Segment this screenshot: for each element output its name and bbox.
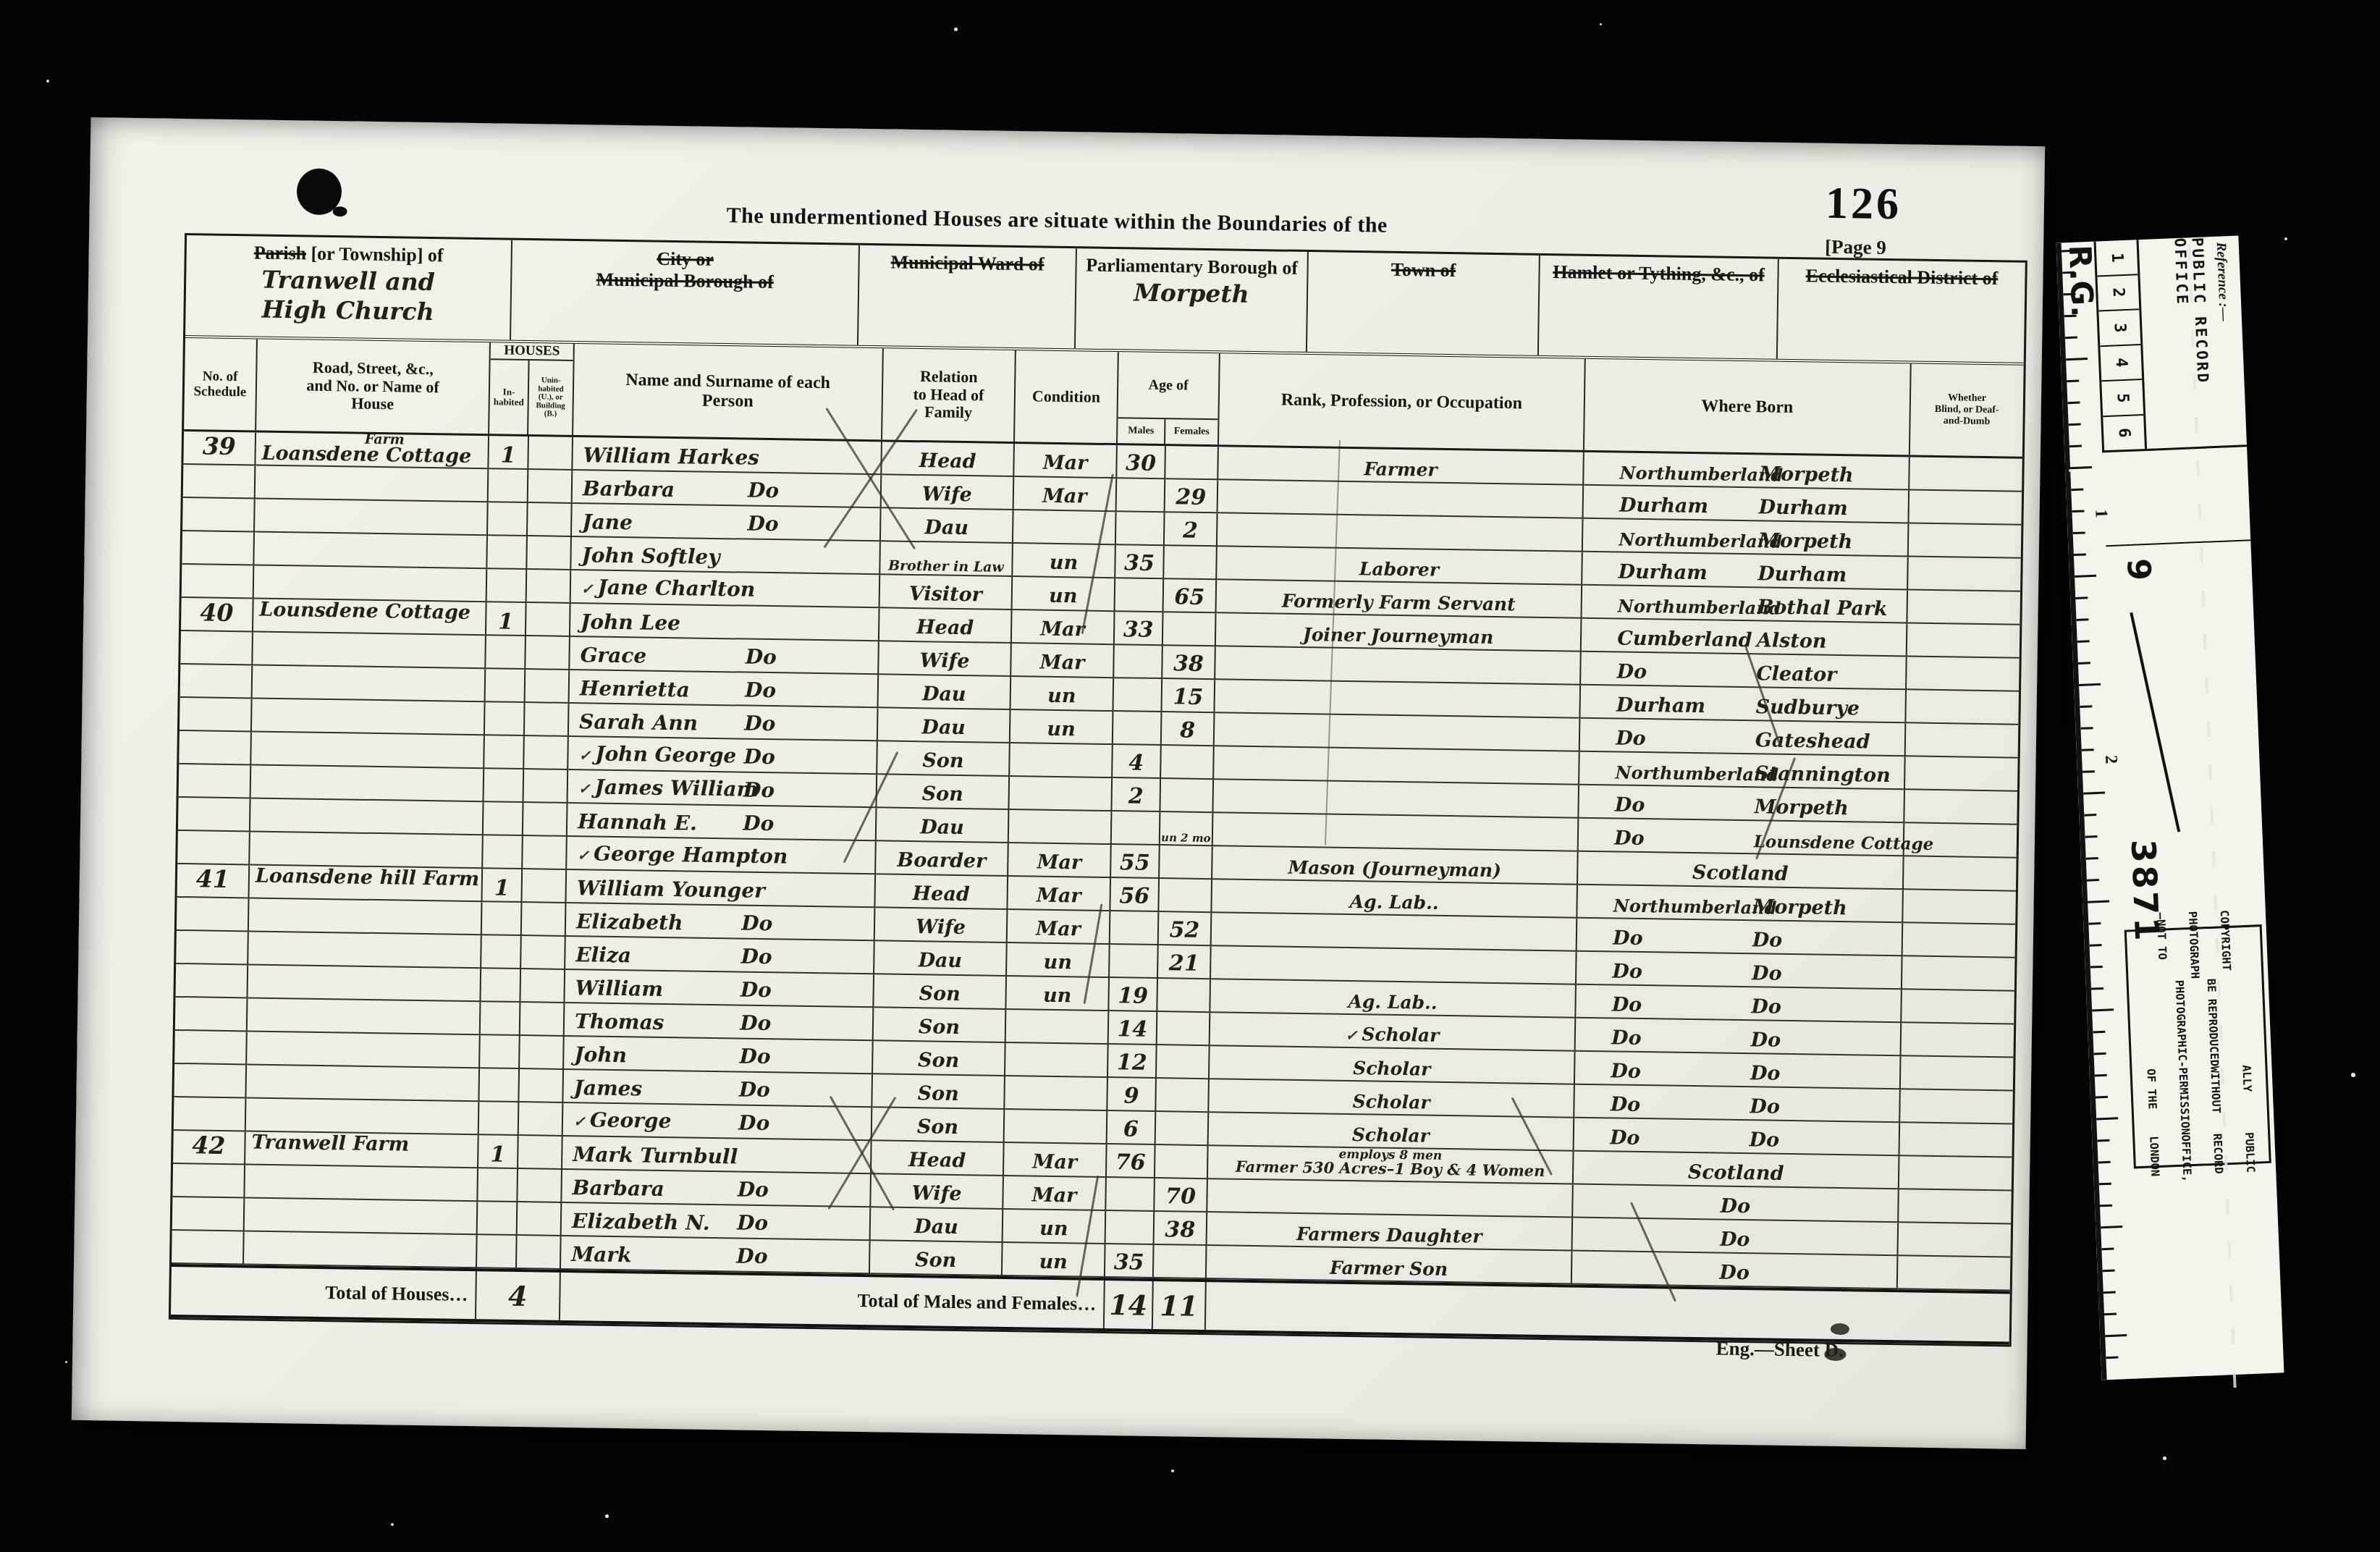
condition-cell: Mar	[1012, 610, 1115, 645]
occupation-cell: Farmer Son	[1207, 1246, 1573, 1284]
schedule-cell: 40	[181, 598, 254, 632]
occupation-cell	[1215, 713, 1581, 751]
condition-value: Mar	[1014, 451, 1115, 475]
uninhabited-cell	[528, 470, 573, 504]
inhabited-cell: 1	[486, 602, 527, 636]
uninhabited-cell	[519, 1102, 564, 1136]
relation-cell: Son	[872, 1108, 1005, 1143]
person-name: John	[564, 1042, 627, 1068]
age-males-cell	[1113, 678, 1162, 712]
person-name: James	[563, 1076, 642, 1102]
born-cell: NorthumberlandBothal Park	[1582, 586, 1908, 624]
inhabited-cell	[488, 502, 528, 536]
age-male-value: 30	[1117, 450, 1165, 476]
ruler-tick	[2100, 1205, 2112, 1207]
name-ditto: Do	[737, 1210, 768, 1235]
totals-empty-cell	[1206, 1282, 2010, 1341]
age-males-cell	[1115, 578, 1165, 612]
name-cell: JaneDo	[572, 504, 882, 541]
born-cell: NorthumberlandStannington	[1579, 752, 1906, 790]
occupation-cell: employs 8 menFarmer 530 Acres–1 Boy & 4 …	[1208, 1146, 1574, 1184]
name-cell: GraceDo	[570, 637, 879, 675]
relation-value: Visitor	[880, 582, 1011, 607]
relation-cell: Son	[870, 1241, 1003, 1276]
age-female-value: 21	[1158, 950, 1210, 977]
schedule-cell	[183, 465, 256, 499]
ruler-tick	[2106, 1356, 2118, 1359]
age-males-cell: 55	[1111, 845, 1160, 879]
condition-value: Mar	[1008, 917, 1109, 941]
ruler-tick	[2092, 1008, 2114, 1011]
uninhabited-cell	[526, 670, 570, 704]
blind-cell	[1900, 1089, 2013, 1124]
name-ditto: Do	[738, 1111, 769, 1136]
person-name: John Softley	[571, 543, 720, 570]
born-county: Do	[1615, 793, 1645, 817]
relation-cell: Head	[872, 1141, 1005, 1176]
occupation-cell	[1215, 680, 1581, 718]
ruler-tick	[2080, 727, 2093, 730]
condition-value: Mar	[1011, 651, 1113, 675]
relation-value: Son	[874, 1015, 1005, 1040]
born-place: Do	[1749, 1129, 1779, 1152]
age-females-cell: 38	[1162, 646, 1216, 680]
house-cell	[255, 499, 489, 536]
house-cell	[249, 898, 483, 935]
condition-value: un	[1006, 984, 1107, 1008]
col-header-uninhabited: Unin- habited (U.), or Building (B.)	[528, 360, 573, 435]
born-cell: DoDo	[1576, 985, 1902, 1024]
ruler-tick	[2071, 488, 2083, 491]
occupation-cell	[1215, 646, 1582, 685]
folio-number: 126	[1825, 178, 1902, 231]
occupation-cell: Formerly Farm Servant	[1217, 580, 1583, 618]
ruler-tick	[2090, 966, 2103, 969]
age-males-cell: 76	[1107, 1144, 1156, 1178]
relation-cell: Son	[877, 741, 1010, 777]
born-county: Cumberland	[1617, 627, 1752, 651]
occupation-value: Farmer Son	[1207, 1256, 1571, 1281]
occupation-cell	[1218, 480, 1584, 518]
ruler-tick	[2073, 531, 2085, 534]
scanned-census-page: The undermentioned Houses are situate wi…	[0, 0, 2380, 1552]
col-header-houses: HOUSES	[491, 342, 573, 361]
house-cell	[250, 832, 484, 869]
ruler-tick	[2098, 1161, 2111, 1164]
inhabited-cell	[484, 735, 525, 769]
age-males-cell	[1106, 1211, 1155, 1245]
house-cell	[250, 798, 484, 835]
name-ditto: Do	[739, 1045, 770, 1069]
name-cell: WilliamDo	[565, 970, 874, 1008]
blind-cell	[1899, 1189, 2012, 1224]
blind-cell	[1905, 756, 2018, 791]
ruler-tick	[2088, 900, 2109, 903]
schedule-cell	[175, 998, 248, 1032]
blind-cell	[1901, 1056, 2014, 1091]
location-field-label: Ecclesiastical District of	[1778, 265, 2025, 290]
condition-cell	[1009, 777, 1113, 811]
age-male-value: 4	[1113, 750, 1160, 776]
uninhabited-cell	[522, 869, 567, 903]
film-speck	[2284, 237, 2287, 240]
age-male-value: 55	[1111, 850, 1159, 876]
totals-mf-label: Total of Males and Females…	[560, 1286, 1103, 1315]
age-females-cell	[1157, 979, 1211, 1013]
condition-cell: un	[1010, 710, 1114, 745]
inhabited-cell	[477, 1235, 518, 1269]
schedule-cell: 39	[183, 431, 256, 465]
relation-cell: Son	[874, 1008, 1007, 1043]
blind-cell	[1899, 1123, 2012, 1157]
location-field-label: Town of	[1308, 258, 1538, 283]
ruler-tick	[2079, 683, 2101, 686]
born-cell: Scotland	[1574, 1152, 1900, 1190]
house-name: Lounsdene Cottage	[253, 599, 485, 624]
location-field-value: Tranwell and	[186, 264, 511, 298]
name-ditto: Do	[745, 678, 776, 703]
blind-cell	[1910, 457, 2022, 492]
schedule-cell	[174, 1031, 248, 1065]
uninhabited-cell	[520, 1036, 565, 1070]
age-females-cell	[1160, 779, 1214, 813]
occupation-cell: Mason (Journeyman)	[1212, 846, 1579, 885]
born-place: Morpeth	[1759, 463, 1854, 486]
film-speck	[1171, 1469, 1174, 1472]
age-male-value: 9	[1107, 1083, 1155, 1109]
age-males-cell: 4	[1113, 745, 1162, 779]
ruler-tick	[2093, 1031, 2105, 1034]
name-cell: ✓Jane Charlton	[571, 570, 881, 608]
age-females-cell: 21	[1158, 945, 1212, 979]
blind-cell	[1902, 956, 2015, 991]
age-female-value: 70	[1155, 1184, 1207, 1210]
relation-value: Son	[874, 982, 1005, 1007]
schedule-cell	[172, 1197, 245, 1231]
born-value: Do	[1573, 1193, 1897, 1220]
name-ditto: Do	[746, 645, 777, 670]
uninhabited-cell	[520, 1003, 565, 1037]
born-cell: DoDo	[1574, 1118, 1901, 1157]
age-females-cell	[1164, 546, 1218, 580]
name-ditto: Do	[739, 1078, 770, 1102]
ruler-tick	[2069, 445, 2082, 448]
born-place: Morpeth	[1754, 796, 1849, 819]
sheet-footer: Eng.—Sheet D.	[1716, 1338, 1844, 1362]
col-header-schedule: No. of Schedule	[184, 338, 258, 430]
relation-value: Head	[872, 1148, 1003, 1173]
schedule-cell	[172, 1231, 245, 1265]
condition-cell: un	[1010, 677, 1114, 712]
inhabited-cell	[479, 1068, 520, 1102]
born-cell: DoCleator	[1581, 652, 1907, 691]
inhabited-cell: 1	[478, 1135, 519, 1169]
relation-cell: Dau	[871, 1207, 1004, 1243]
ruler-tick	[2105, 1334, 2127, 1337]
occupation-value: Formerly Farm Servant	[1217, 590, 1581, 615]
age-females-cell	[1154, 1245, 1207, 1279]
born-place: Morpeth	[1758, 529, 1853, 553]
inhabited-cell	[484, 802, 524, 836]
ruler-tick	[2103, 1270, 2115, 1273]
born-value: Scotland	[1574, 1160, 1898, 1187]
person-name: William Younger	[567, 876, 766, 903]
name-ditto: Do	[741, 911, 772, 936]
house-cell	[256, 466, 489, 503]
born-cell: CumberlandAlston	[1582, 619, 1908, 657]
age-females-cell	[1156, 1112, 1210, 1146]
inhabited-cell	[480, 1035, 520, 1069]
occupation-cell: Laborer	[1217, 547, 1583, 585]
relation-value: Brother in Law	[880, 560, 1011, 574]
age-male-value: 14	[1109, 1016, 1157, 1042]
born-cell: Do	[1572, 1252, 1899, 1290]
col-header-inhabited: In- habited	[489, 360, 530, 434]
inhabited-cell	[482, 902, 523, 936]
born-cell: DoGateshead	[1580, 719, 1907, 757]
uninhabited-cell	[526, 603, 571, 637]
col-header-age: Age of	[1118, 352, 1219, 418]
density-scale-number: 6	[2114, 428, 2133, 438]
density-scale-cell: 1	[2096, 240, 2138, 277]
inhabited-cell	[481, 969, 521, 1003]
relation-cell: Dau	[877, 808, 1010, 843]
born-cell: DurhamSudburye	[1580, 686, 1907, 724]
inhabited-cell	[481, 1002, 521, 1036]
uninhabited-cell	[527, 536, 572, 570]
name-cell: ✓John GeorgeDo	[568, 737, 878, 775]
name-ditto: Do	[744, 712, 775, 736]
ruler-tick	[2075, 596, 2088, 599]
born-place: Do	[1750, 1062, 1781, 1085]
ruler-tick	[2103, 1291, 2116, 1294]
film-speck	[2069, 469, 2072, 472]
occupation-value: Farmer	[1218, 457, 1582, 482]
occupation-cell: Joiner Journeyman	[1216, 613, 1582, 651]
occupation-cell: Ag. Lab..	[1210, 979, 1577, 1018]
born-cell: DoDo	[1577, 952, 1903, 990]
occupation-cell	[1218, 513, 1584, 552]
uninhabited-cell	[528, 436, 573, 471]
schedule-cell	[178, 798, 251, 832]
blind-cell	[1906, 690, 2019, 725]
ruler-tick	[2101, 1248, 2114, 1251]
location-field: Town of	[1307, 252, 1540, 355]
age-males-cell: 56	[1110, 878, 1160, 912]
occupation-value: Joiner Journeyman	[1216, 623, 1580, 649]
name-cell: JamesDo	[563, 1070, 873, 1108]
name-cell: BarbaraDo	[562, 1170, 872, 1207]
condition-cell: Mar	[1008, 877, 1111, 911]
relation-value: Dau	[877, 815, 1008, 840]
age-females-cell	[1157, 1012, 1211, 1046]
born-cell: DoDo	[1577, 919, 1904, 957]
relation-cell: Visitor	[880, 575, 1013, 610]
age-females-cell	[1161, 746, 1215, 780]
age-female-value: 38	[1155, 1217, 1207, 1243]
location-field-value: Morpeth	[1076, 277, 1307, 309]
location-field: Ecclesiastical District of	[1778, 259, 2025, 363]
born-cell: DoDo	[1575, 1052, 1902, 1090]
relation-cell: Wife	[882, 475, 1015, 510]
age-males-cell: 2	[1112, 778, 1161, 812]
enumerator-tick-icon: ✓	[578, 780, 595, 797]
location-field-label: Hamlet or Tything, &c., of	[1540, 261, 1777, 287]
schedule-cell	[172, 1164, 245, 1198]
person-name: Elizabeth N.	[562, 1209, 710, 1236]
ruler-tick	[2084, 814, 2096, 817]
occupation-cell	[1211, 946, 1577, 984]
born-county: Do	[1610, 1126, 1640, 1150]
born-county: Do	[1614, 827, 1645, 850]
schedule-number: 40	[181, 598, 253, 628]
house-cell	[244, 1231, 478, 1268]
age-females-cell: 38	[1155, 1212, 1208, 1246]
ruler-tick	[2065, 337, 2077, 339]
born-cell: DoMorpeth	[1579, 785, 1905, 824]
born-cell: DurhamDurham	[1582, 552, 1909, 591]
blind-cell	[1903, 923, 2016, 958]
age-females-cell: 8	[1162, 712, 1215, 746]
blind-cell	[1909, 523, 2022, 558]
location-field: Parish [or Township] ofTranwell andHigh …	[185, 235, 512, 340]
ruler-tick	[2080, 705, 2092, 708]
density-scale-cell: 4	[2100, 345, 2142, 382]
inhabited-value: 1	[483, 869, 522, 901]
col-header-females: Females	[1165, 419, 1218, 444]
born-cell: Do	[1572, 1218, 1899, 1257]
film-speck	[65, 1361, 67, 1363]
census-sheet: The undermentioned Houses are situate wi…	[72, 117, 2045, 1449]
totals-males-value: 14	[1105, 1281, 1154, 1329]
born-cell: Scotland	[1578, 852, 1904, 890]
name-ditto: Do	[748, 478, 779, 503]
born-county: Durham	[1618, 560, 1707, 584]
name-ditto: Do	[743, 778, 775, 803]
born-cell: DoDo	[1576, 1018, 1902, 1057]
person-name: Eliza	[565, 942, 631, 968]
location-field: Municipal Ward of	[858, 245, 1077, 348]
density-scale-cell: 5	[2101, 380, 2143, 417]
condition-cell: Mar	[1011, 644, 1115, 678]
age-male-value: 35	[1115, 550, 1163, 576]
copyright-line: PUBLIC RECORD OFFICE, LONDON	[2138, 1131, 2266, 1184]
age-males-cell: 12	[1108, 1045, 1157, 1079]
ruler-tick	[2069, 423, 2081, 426]
age-males-cell	[1114, 645, 1163, 679]
occupation-cell: Scholar	[1210, 1046, 1576, 1084]
density-scale-cell: 3	[2098, 310, 2140, 347]
blind-cell	[1898, 1256, 2011, 1291]
schedule-number: 42	[173, 1131, 245, 1160]
born-county: Do	[1612, 993, 1642, 1016]
condition-cell: Mar	[1004, 1143, 1107, 1178]
inhabited-cell	[485, 702, 526, 736]
ruler-tick	[2094, 1053, 2106, 1055]
col-header-condition: Condition	[1015, 350, 1119, 443]
relation-value: Wife	[882, 482, 1013, 507]
age-female-value: un 2 mo	[1160, 832, 1212, 843]
condition-cell	[1005, 1110, 1108, 1144]
person-name: William Harkes	[573, 443, 759, 471]
name-ditto: Do	[740, 978, 772, 1003]
name-ditto: Do	[740, 945, 772, 969]
age-males-cell: 35	[1105, 1244, 1155, 1278]
col-header-age-group: Age ofMalesFemales	[1118, 352, 1220, 444]
age-females-cell: 29	[1165, 479, 1219, 513]
inhabited-cell	[487, 536, 528, 570]
house-cell	[248, 998, 481, 1035]
name-ditto: Do	[744, 745, 775, 769]
ruler-tick	[2101, 1226, 2122, 1228]
ink-blot	[1831, 1323, 1849, 1335]
reference-slash	[2130, 612, 2180, 832]
schedule-cell	[175, 964, 248, 998]
occupation-cell	[1207, 1179, 1574, 1218]
schedule-cell	[180, 665, 253, 699]
inhabited-cell	[489, 469, 529, 503]
condition-value: Mar	[1012, 617, 1113, 641]
relation-value: Head	[879, 615, 1010, 641]
ruler-tick	[2074, 553, 2086, 556]
born-place: Do	[1751, 1029, 1781, 1052]
occupation-value: Laborer	[1217, 557, 1581, 582]
blind-cell	[1907, 623, 2020, 658]
col-header-houses-group: HOUSESIn- habitedUnin- habited (U.), or …	[489, 342, 575, 435]
born-value: Scotland	[1578, 860, 1902, 887]
ink-blot	[1824, 1348, 1846, 1361]
copyright-notice: COPYRIGHT PHOTOGRAPH—NOT TOBE REPRODUCED…	[2124, 924, 2271, 1168]
house-cell	[247, 1032, 481, 1068]
schedule-cell	[177, 831, 250, 865]
name-cell: ✓GeorgeDo	[563, 1103, 873, 1141]
ruler-tick	[2086, 857, 2098, 860]
born-cell: NorthumberlandMorpeth	[1583, 519, 1910, 557]
uninhabited-cell	[518, 1169, 562, 1203]
house-cell: Lounsdene Cottage	[253, 599, 487, 636]
person-name: ✓John George	[568, 741, 736, 769]
relation-value: Dau	[874, 948, 1005, 974]
uninhabited-cell	[518, 1136, 563, 1170]
uninhabited-cell	[524, 736, 569, 770]
occupation-value: Scholar	[1210, 1056, 1574, 1081]
name-ditto: Do	[747, 512, 778, 536]
inhabited-cell	[483, 835, 523, 869]
blind-cell	[1899, 1156, 2012, 1191]
name-cell: Hannah E.Do	[567, 804, 877, 841]
blind-cell	[1904, 823, 2017, 858]
age-males-cell	[1110, 945, 1159, 979]
name-cell: ✓George Hampton	[567, 837, 877, 874]
house-name: Loansdene Cottage	[256, 443, 487, 468]
condition-value: un	[1003, 1250, 1104, 1274]
totals-houses-label-cell: Total of Houses…	[171, 1267, 477, 1319]
born-place: Do	[1751, 995, 1781, 1018]
density-scale-number: 5	[2113, 392, 2132, 402]
ruler-tick	[2075, 575, 2096, 578]
condition-cell: un	[1013, 577, 1116, 612]
condition-value: Mar	[1004, 1150, 1105, 1174]
name-cell: William Younger	[566, 870, 876, 908]
schedule-cell: 41	[177, 864, 250, 898]
pen-marks-layer	[90, 117, 2045, 146]
person-name: Grace	[570, 643, 646, 669]
name-ditto: Do	[736, 1244, 767, 1268]
age-females-cell	[1159, 879, 1212, 913]
name-cell: Mark Turnbull	[562, 1136, 872, 1174]
condition-cell	[1010, 743, 1113, 778]
age-subheaders: MalesFemales	[1118, 417, 1218, 444]
